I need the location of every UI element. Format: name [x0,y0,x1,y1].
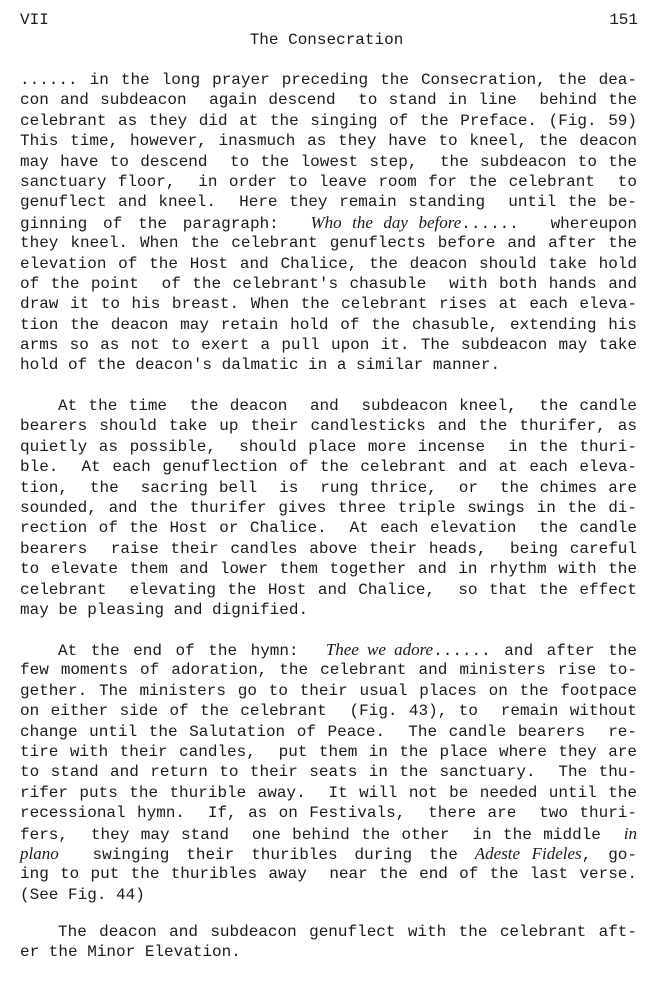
text-segment: , go- [582,846,637,864]
text-line: ...... in the long prayer preceding the … [20,70,637,90]
text-segment: they kneel. When the celebrant genuflect… [20,234,637,252]
italic-text: in [624,824,637,843]
paragraph-1: ...... in the long prayer preceding the … [20,70,637,376]
text-line: genuflect and kneel. Here they remain st… [20,192,637,212]
paragraph-4: The deacon and subdeacon genuflect with … [20,922,637,963]
text-line: hold of the deacon's dalmatic in a simil… [20,355,637,375]
text-line: may be pleasing and dignified. [20,600,637,620]
italic-text: plano [20,844,59,863]
text-line: to elevate them and lower them together … [20,559,637,579]
chapter-number: VII [20,11,49,29]
text-segment: fers, they may stand one behind the othe… [20,826,624,844]
text-segment: draw it to his breast. When the celebran… [20,295,637,313]
text-line: few moments of adoration, the celebrant … [20,660,637,680]
text-line: they kneel. When the celebrant genuflect… [20,233,637,253]
text-segment: bearers should take up their candlestick… [20,417,637,435]
text-segment: on either side of the celebrant (Fig. 43… [20,702,637,720]
text-segment: (See Fig. 44) [20,886,145,904]
text-line: fers, they may stand one behind the othe… [20,824,637,844]
text-segment: celebrant as they did at the singing of … [20,112,637,130]
text-line: At the end of the hymn: Thee we adore...… [20,640,637,660]
text-segment: The deacon and subdeacon genuflect with … [58,923,637,941]
text-segment: ...... in the long prayer preceding the … [20,71,637,89]
text-segment: sounded, and the thurifer gives three tr… [20,499,637,517]
text-segment: of the point of the celebrant's chasuble… [20,275,637,293]
text-segment: bearers raise their candles above their … [20,540,637,558]
text-line: recessional hymn. If, as on Festivals, t… [20,803,637,823]
text-segment: ...... and after the [433,642,637,660]
italic-text: Adeste Fideles [475,844,582,863]
text-segment: rifer puts the thurible away. It will no… [20,784,637,802]
text-segment: elevation of the Host and Chalice, the d… [20,255,637,273]
text-line: draw it to his breast. When the celebran… [20,294,637,314]
text-line: arms so as not to exert a pull upon it. … [20,335,637,355]
text-segment: change until the Salutation of Peace. Th… [20,723,637,741]
text-line: tion, the sacring bell is rung thrice, o… [20,478,637,498]
text-line: may have to descend to the lowest step, … [20,152,637,172]
page-number: 151 [609,11,638,29]
italic-text: Who the day before [310,213,461,232]
text-segment: con and subdeacon again descend to stand… [20,91,637,109]
text-line: elevation of the Host and Chalice, the d… [20,254,637,274]
text-segment: gether. The ministers go to their usual … [20,682,637,700]
text-line: celebrant as they did at the singing of … [20,111,637,131]
text-line: sounded, and the thurifer gives three tr… [20,498,637,518]
text-segment: to elevate them and lower them together … [20,560,637,578]
text-segment: may be pleasing and dignified. [20,601,308,619]
text-line: celebrant elevating the Host and Chalice… [20,580,637,600]
text-segment: rection of the Host or Chalice. At each … [20,519,637,537]
text-line: change until the Salutation of Peace. Th… [20,722,637,742]
text-segment: tion, the sacring bell is rung thrice, o… [20,479,637,497]
text-segment: ...... whereupon [461,215,637,233]
text-line: At the time the deacon and subdeacon kne… [20,396,637,416]
text-line: bearers should take up their candlestick… [20,416,637,436]
text-segment: ing to put the thuribles away near the e… [20,865,637,883]
text-line: con and subdeacon again descend to stand… [20,90,637,110]
text-segment: celebrant elevating the Host and Chalice… [20,581,637,599]
text-segment: arms so as not to exert a pull upon it. … [20,336,637,354]
text-segment: recessional hymn. If, as on Festivals, t… [20,804,637,822]
text-line: The deacon and subdeacon genuflect with … [20,922,637,942]
text-segment: swinging their thuribles during the [59,846,475,864]
text-segment: At the end of the hymn: [58,642,326,660]
text-line: (See Fig. 44) [20,885,637,905]
text-line: rifer puts the thurible away. It will no… [20,783,637,803]
text-line: bearers raise their candles above their … [20,539,637,559]
italic-text: Thee we adore [326,640,433,659]
text-line: tire with their candles, put them in the… [20,742,637,762]
paragraph-3: At the end of the hymn: Thee we adore...… [20,640,637,905]
text-line: plano swinging their thuribles during th… [20,844,637,864]
text-line: er the Minor Elevation. [20,942,637,962]
text-segment: hold of the deacon's dalmatic in a simil… [20,356,500,374]
text-segment: to stand and return to their seats in th… [20,763,637,781]
text-segment: sanctuary floor, in order to leave room … [20,173,637,191]
text-line: gether. The ministers go to their usual … [20,681,637,701]
text-line: quietly as possible, should place more i… [20,437,637,457]
text-line: on either side of the celebrant (Fig. 43… [20,701,637,721]
text-segment: quietly as possible, should place more i… [20,438,637,456]
text-line: ing to put the thuribles away near the e… [20,864,637,884]
page-title: The Consecration [0,31,653,49]
text-line: rection of the Host or Chalice. At each … [20,518,637,538]
text-segment: ble. At each genuflection of the celebra… [20,458,637,476]
text-line: to stand and return to their seats in th… [20,762,637,782]
text-line: ble. At each genuflection of the celebra… [20,457,637,477]
text-segment: er the Minor Elevation. [20,943,241,961]
text-segment: This time, however, inasmuch as they hav… [20,132,637,150]
text-line: of the point of the celebrant's chasuble… [20,274,637,294]
text-segment: may have to descend to the lowest step, … [20,153,637,171]
text-segment: tion the deacon may retain hold of the c… [20,316,637,334]
text-line: sanctuary floor, in order to leave room … [20,172,637,192]
text-segment: few moments of adoration, the celebrant … [20,661,637,679]
text-line: This time, however, inasmuch as they hav… [20,131,637,151]
text-segment: tire with their candles, put them in the… [20,743,637,761]
text-line: ginning of the paragraph: Who the day be… [20,213,637,233]
paragraph-2: At the time the deacon and subdeacon kne… [20,396,637,620]
text-segment: genuflect and kneel. Here they remain st… [20,193,637,211]
document-page: VII 151 The Consecration ...... in the l… [0,0,653,981]
text-line: tion the deacon may retain hold of the c… [20,315,637,335]
text-segment: ginning of the paragraph: [20,215,310,233]
text-segment: At the time the deacon and subdeacon kne… [58,397,637,415]
